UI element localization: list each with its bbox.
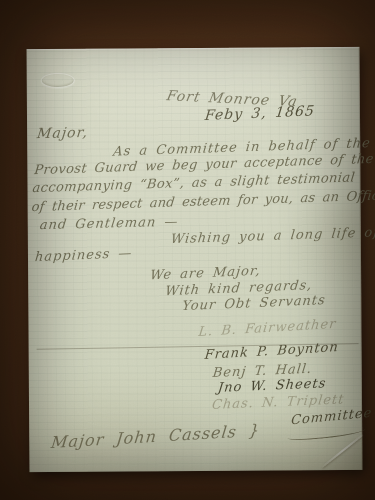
photograph-of-letter: Fort Monroe Va Feby 3, 1865 Major, As a … xyxy=(0,0,375,500)
signature: Frank P. Boynton xyxy=(204,340,340,363)
salutation: Major, xyxy=(36,125,89,142)
addressee-line: Major John Cassels } xyxy=(50,421,261,453)
body-line: happiness — xyxy=(34,246,133,265)
body-line: Wishing you a long life of xyxy=(170,225,375,247)
heading-date: Feby 3, 1865 xyxy=(204,103,316,124)
folded-corner-shadow xyxy=(322,438,362,470)
signature: L. B. Fairweather xyxy=(198,317,338,340)
body-line: and Gentleman — xyxy=(39,215,179,233)
letter-paper: Fort Monroe Va Feby 3, 1865 Major, As a … xyxy=(27,47,363,472)
embossed-stamp-icon xyxy=(41,73,75,88)
